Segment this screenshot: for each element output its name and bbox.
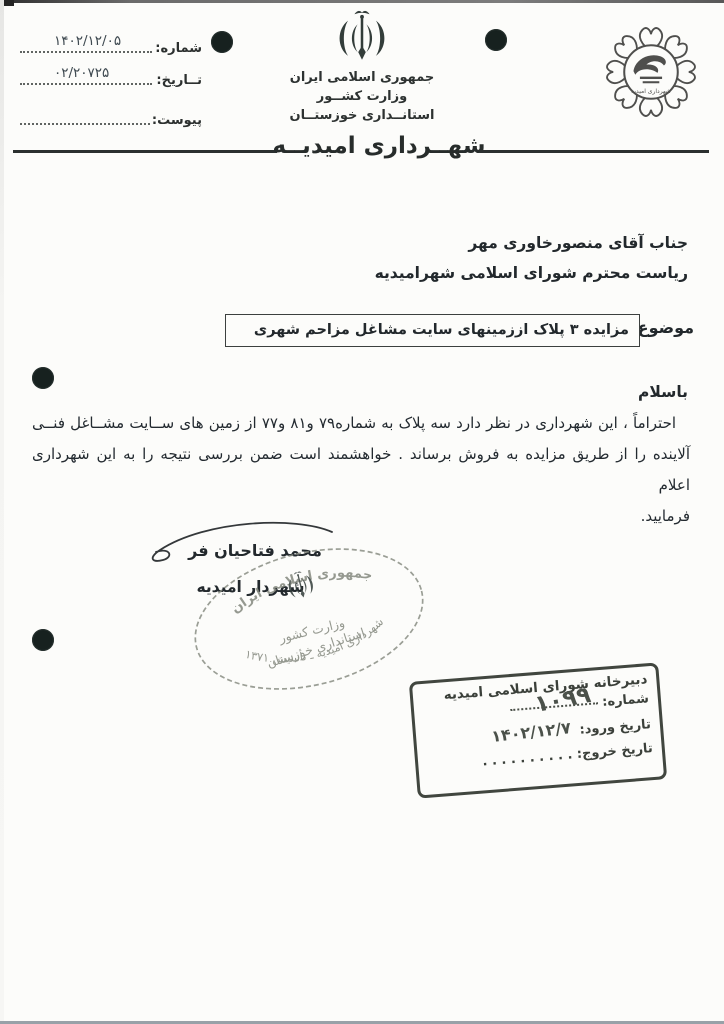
- municipality-logo-icon: شهرداری امیدیه: [588, 12, 714, 132]
- recipient-name: جناب آقای منصورخاوری مهر: [375, 228, 688, 258]
- date-leader-dots: [20, 83, 152, 85]
- recipient-title: ریاست محترم شورای اسلامی شهرامیدیه: [375, 258, 688, 288]
- subject-text: مزایده ۳ پلاک اززمینهای سایت مشاغل مزاحم…: [226, 315, 639, 345]
- field-row-number: ۱۴۰۲/۱۲/۰۵ شماره:: [20, 28, 202, 60]
- entry-number-label: شماره:: [602, 691, 650, 710]
- attachment-label: پیوست:: [152, 113, 202, 128]
- entry-date-label: تاریخ ورود:: [579, 717, 652, 738]
- salutation: باسلام: [638, 383, 688, 401]
- exit-date-dots: . . . . . . . . . .: [482, 747, 573, 769]
- title-rule-right: [480, 150, 709, 153]
- org-governorate: استانــداری خوزستــان: [232, 106, 492, 125]
- ink-dot-top-right: [485, 29, 507, 51]
- body-line-1: احتراماً ، این شهرداری در نظر دارد سه پل…: [32, 408, 690, 439]
- body-paragraph: احتراماً ، این شهرداری در نظر دارد سه پل…: [32, 408, 690, 532]
- date-value: ۰۲/۲۰۷۲۵: [54, 65, 109, 81]
- municipality-title: شهــرداری امیدیــه: [268, 133, 490, 159]
- ink-dot-margin-lower: [32, 629, 54, 651]
- scanned-letter-page: ۱۴۰۲/۱۲/۰۵ شماره: ۰۲/۲۰۷۲۵ تــاریخ: پیوس…: [0, 0, 724, 1024]
- number-leader-dots: [20, 51, 152, 53]
- logo-caption: شهرداری امیدیه: [631, 88, 671, 95]
- title-rule-left: [13, 150, 277, 153]
- iran-emblem-icon: [330, 8, 394, 66]
- attachment-leader-dots: [20, 123, 150, 125]
- subject-label: موضوع: [638, 318, 694, 337]
- subject-box: مزایده ۳ پلاک اززمینهای سایت مشاغل مزاحم…: [225, 314, 640, 347]
- org-ministry: وزارت کشــور: [232, 87, 492, 106]
- entry-stamp: دبیرخانه شورای اسلامی امیدیه شماره: ۱۰۹۹…: [409, 662, 667, 798]
- letterhead-fields: ۱۴۰۲/۱۲/۰۵ شماره: ۰۲/۲۰۷۲۵ تــاریخ: پیوس…: [20, 28, 202, 132]
- exit-date-label: تاریخ خروج:: [576, 741, 653, 762]
- org-country: جمهوری اسلامی ایران: [232, 68, 492, 87]
- field-row-date: ۰۲/۲۰۷۲۵ تــاریخ:: [20, 60, 202, 92]
- letterhead-org-lines: جمهوری اسلامی ایران وزارت کشــور استانــ…: [232, 68, 492, 125]
- ink-dot-margin-upper: [32, 367, 54, 389]
- ink-dot-top-left: [211, 31, 233, 53]
- municipality-title-row: شهــرداری امیدیــه: [0, 133, 724, 167]
- scan-edge-top: [0, 0, 724, 3]
- recipient-block: جناب آقای منصورخاوری مهر ریاست محترم شور…: [375, 228, 688, 288]
- body-line-2: آلاینده را از طریق مزایده به فروش برساند…: [32, 439, 690, 501]
- number-label: شماره:: [155, 41, 202, 56]
- field-row-attachment: پیوست:: [20, 100, 202, 132]
- number-value: ۱۴۰۲/۱۲/۰۵: [54, 33, 121, 49]
- date-label: تــاریخ:: [156, 73, 202, 88]
